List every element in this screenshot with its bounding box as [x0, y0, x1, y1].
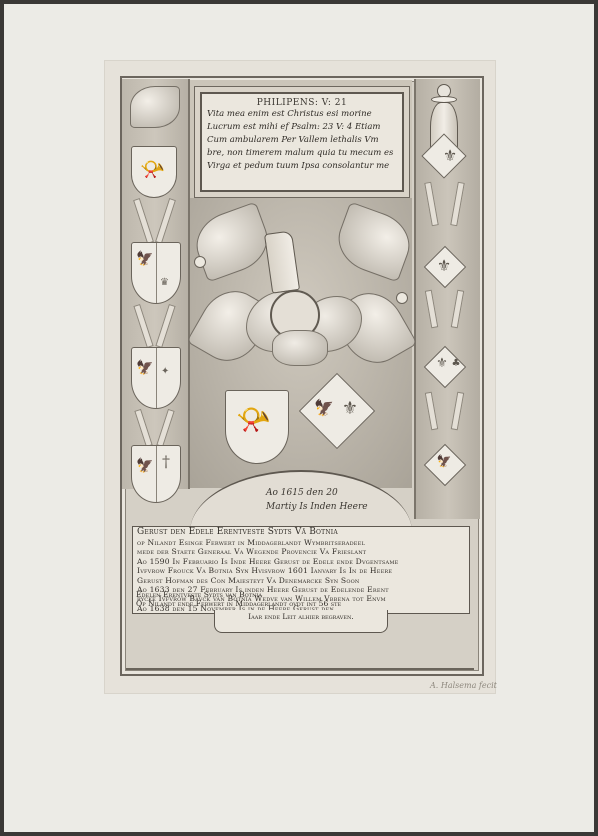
eagle-icon: 🦅: [434, 454, 454, 468]
fleur-de-lis-icon: ⚜: [440, 146, 460, 165]
helm-base-cloud: [272, 330, 328, 366]
epitaph-lower: Edelen Erentveste Sydts van Botnia Op Ni…: [136, 590, 341, 609]
eagle-icon: 🦅: [136, 251, 153, 267]
plaque-base: [126, 612, 474, 670]
death-note-line: Ao 1615 den 20: [266, 486, 368, 500]
eagle-bars-shield-icon: 🦅 ✦: [131, 347, 181, 409]
horn-shield-icon: 📯: [131, 146, 177, 198]
epitaph-line: Gerust den Edele Erentveste Sydts Vā Bot…: [133, 527, 469, 538]
epitaph-line: Ivfvrow Frouck Va Botnia Syn Hvisvrow 16…: [133, 566, 469, 575]
helm-crest-icon: [130, 86, 180, 128]
artist-signature: A. Halsema fecit: [430, 681, 497, 690]
epitaph-line: op Nilandt Esinge Ferwert in Middagerlan…: [133, 538, 469, 547]
horn-icon: 📯: [236, 403, 271, 436]
rosette-icon: [194, 256, 206, 268]
eagle-icon: 🦅: [314, 398, 334, 417]
epitaph-line: Gerust Hofman des Con Maiesteyt Va Denem…: [133, 576, 469, 585]
horn-icon: 📯: [140, 157, 165, 181]
quartered-shield-icon: 🦅 ♛: [131, 242, 181, 304]
rosette-icon: [396, 292, 408, 304]
epitaph-line: Ao 1590 In Februario Is Inde Heere Gerus…: [133, 557, 469, 566]
epitaph-line: mede der Staete Generaal Va Wegende Prov…: [133, 547, 469, 556]
fleur-de-lis-icon: ⚜: [434, 256, 454, 275]
death-note-line: Martiy Is Inden Heere: [266, 500, 368, 514]
star-icon: ✦: [161, 366, 169, 377]
cartouche-line: Vita mea enim est Christus esi morine: [202, 108, 402, 121]
cartouche-title: PHILIPENS: V: 21: [202, 98, 402, 108]
scripture-cartouche: PHILIPENS: V: 21 Vita mea enim est Chris…: [200, 92, 404, 192]
fleur-de-lis-icon: ⚜: [340, 398, 360, 419]
cartouche-line: bre, non timerem malum quia tu mecum es: [202, 147, 402, 160]
crown-icon: ♛: [160, 277, 169, 288]
cartouche-line: Lucrum est mihi ef Psalm: 23 V: 4 Etiam: [202, 121, 402, 134]
death-note: Ao 1615 den 20 Martiy Is Inden Heere: [266, 486, 368, 514]
trefoil-icon: ♣: [446, 358, 466, 369]
eagle-sword-shield-icon: 🦅 †: [131, 445, 181, 503]
cartouche-line: Virga et pedum tuum Ipsa consolantur me: [202, 160, 402, 173]
eagle-icon: 🦅: [136, 360, 153, 376]
epitaph-line: Edelen Erentveste Sydts van Botnia: [136, 590, 341, 599]
main-horn-shield-icon: 📯: [225, 390, 289, 464]
epitaph-line: Op Nilandt ende Ferwert in Middagerlandt…: [136, 599, 341, 608]
cartouche-line: Cum ambularem Per Vallem lethalis Vm: [202, 134, 402, 147]
sword-icon: †: [162, 452, 170, 471]
eagle-icon: 🦅: [136, 458, 153, 474]
